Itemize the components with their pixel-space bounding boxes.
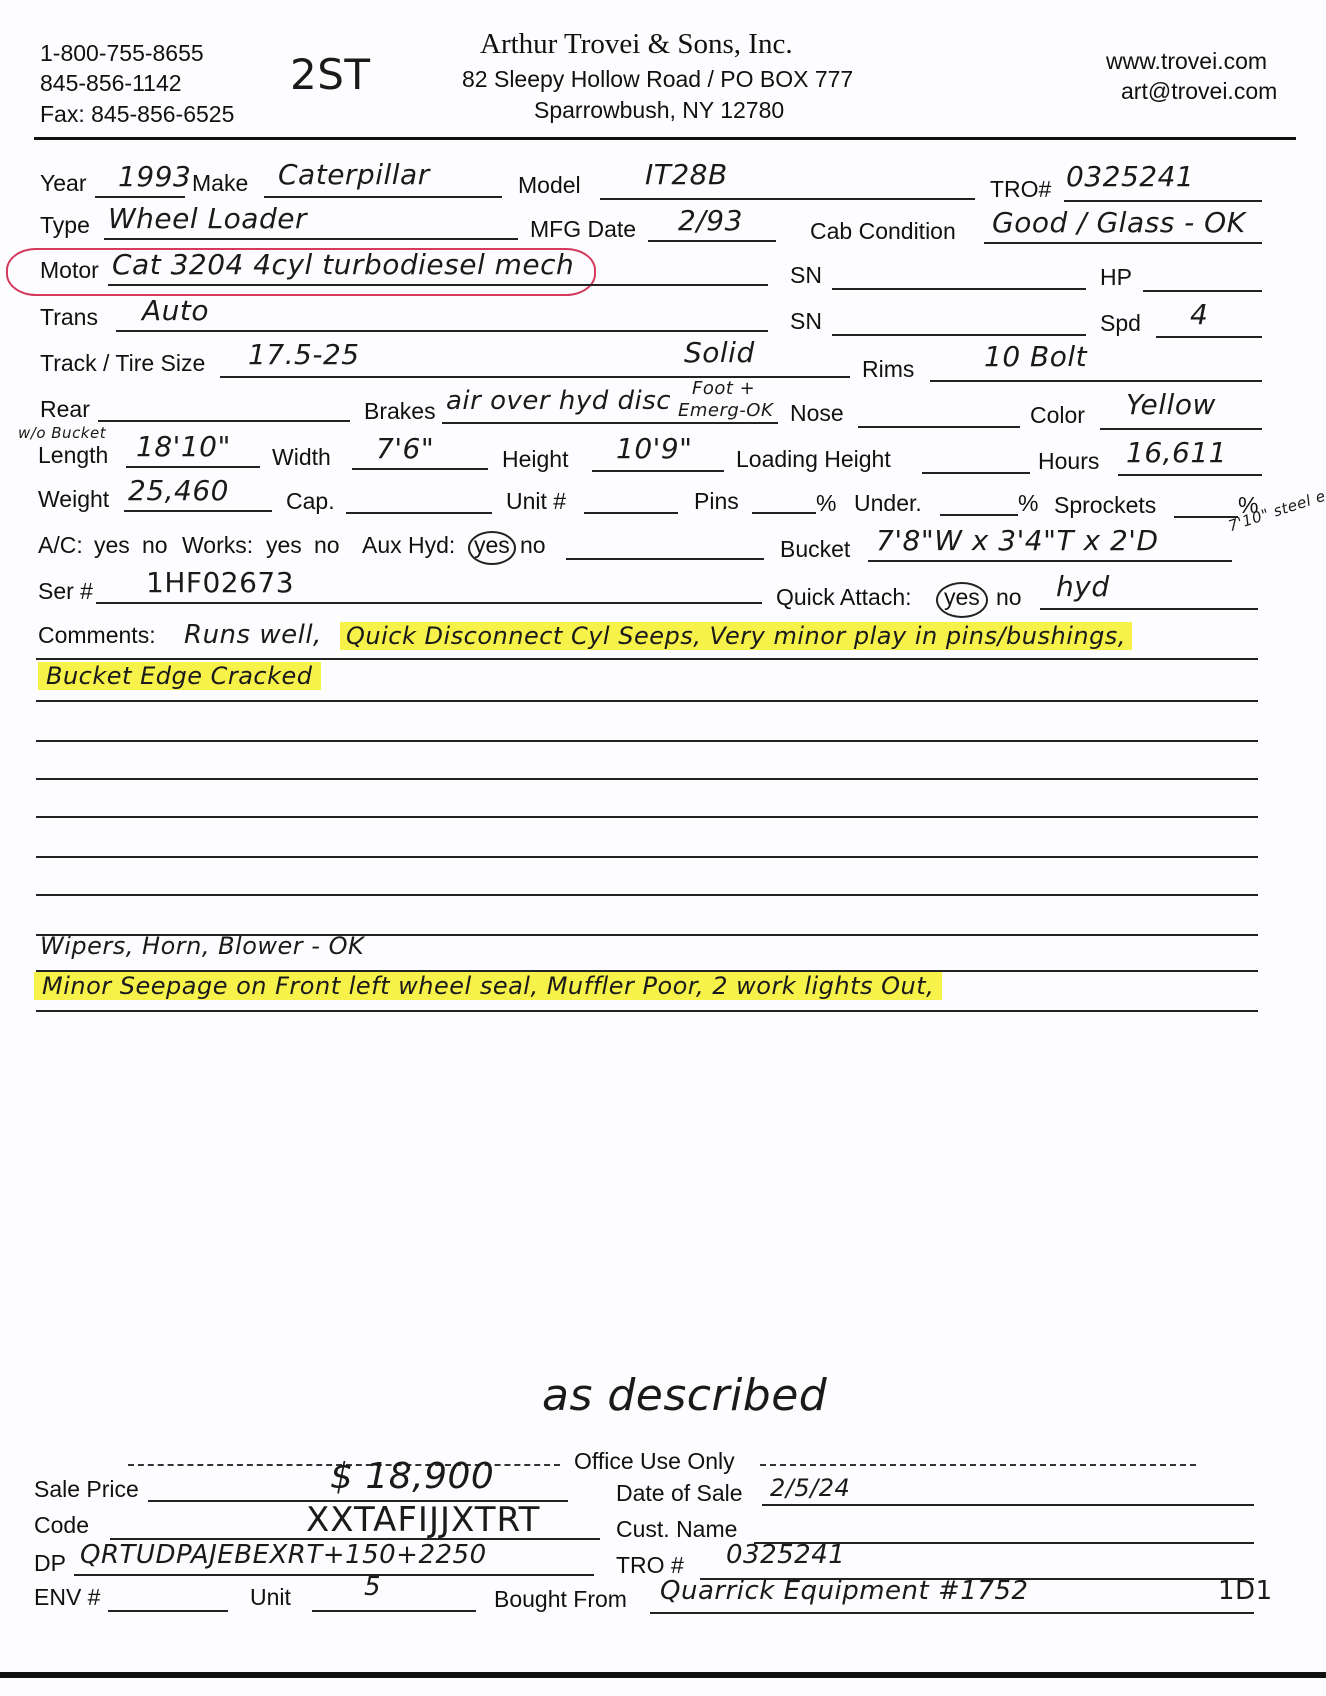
rims-field[interactable]: 10 Bolt <box>984 340 1087 373</box>
year-field[interactable]: 1993 <box>118 160 191 193</box>
code-label: Code <box>34 1512 89 1539</box>
type-label: Type <box>40 212 90 239</box>
tire-type-field[interactable]: Solid <box>684 336 755 369</box>
height-label: Height <box>502 446 568 473</box>
mfg-date-field[interactable]: 2/93 <box>678 204 743 237</box>
quick-attach-yes-circled <box>936 582 988 618</box>
bucket-label: Bucket <box>780 536 850 563</box>
pins-label: Pins <box>694 488 739 515</box>
hours-label: Hours <box>1038 448 1099 475</box>
works-no-option[interactable]: no <box>314 532 340 559</box>
quick-attach-type-field[interactable]: hyd <box>1056 570 1110 603</box>
office-divider-right <box>760 1464 1196 1466</box>
motor-label: Motor <box>40 257 99 284</box>
tire-size-field[interactable]: 17.5-25 <box>248 338 360 371</box>
aux-hyd-label: Aux Hyd: <box>362 532 455 559</box>
comment-line-9-plain[interactable]: Wipers, Horn, Blower - OK <box>40 932 364 960</box>
color-field[interactable]: Yellow <box>1126 388 1216 421</box>
phone-local: 845-856-1142 <box>40 70 182 97</box>
bought-from-label: Bought From <box>494 1586 627 1613</box>
office-tro-label: TRO # <box>616 1552 684 1579</box>
width-label: Width <box>272 444 331 471</box>
rear-label: Rear <box>40 396 90 423</box>
brakes-field[interactable]: air over hyd disc <box>446 386 671 416</box>
make-field[interactable]: Caterpillar <box>278 158 430 191</box>
cap-label: Cap. <box>286 488 335 515</box>
env-label: ENV # <box>34 1584 100 1611</box>
dp-field[interactable]: QRTUDPAJEBEXRT+150+2250 <box>80 1540 487 1570</box>
cab-condition-field[interactable]: Good / Glass - OK <box>992 206 1246 239</box>
sale-price-field[interactable]: $ 18,900 <box>330 1456 494 1497</box>
model-label: Model <box>518 172 581 199</box>
make-label: Make <box>192 170 248 197</box>
aux-hyd-no-option[interactable]: no <box>520 532 546 559</box>
as-described-note: as described <box>542 1370 827 1421</box>
length-label: Length <box>38 442 108 469</box>
unit-label: Unit # <box>506 488 566 515</box>
scan-edge <box>0 1672 1326 1678</box>
office-use-title: Office Use Only <box>574 1448 735 1475</box>
works-label: Works: <box>182 532 253 559</box>
sprockets-label: Sprockets <box>1054 492 1156 519</box>
trans-field[interactable]: Auto <box>142 294 209 327</box>
tro-field[interactable]: 0325241 <box>1066 160 1194 193</box>
brakes-note-bottom: Emerg-OK <box>678 400 773 421</box>
header-divider <box>34 137 1296 140</box>
tro-label: TRO# <box>990 176 1051 203</box>
under-label: Under. <box>854 490 922 517</box>
cab-condition-label: Cab Condition <box>810 218 956 245</box>
nose-label: Nose <box>790 400 844 427</box>
works-yes-option[interactable]: yes <box>266 532 302 559</box>
weight-field[interactable]: 25,460 <box>128 474 229 507</box>
spd-field[interactable]: 4 <box>1190 298 1208 331</box>
comment-line-2-highlight[interactable]: Bucket Edge Cracked <box>38 662 321 690</box>
length-field[interactable]: 18'10" <box>136 430 231 463</box>
quick-attach-no-option[interactable]: no <box>996 584 1022 611</box>
hp-label: HP <box>1100 264 1132 291</box>
company-address: 82 Sleepy Hollow Road / PO BOX 777 <box>462 66 853 93</box>
ac-label: A/C: <box>38 532 83 559</box>
company-city: Sparrowbush, NY 12780 <box>534 97 784 124</box>
office-unit-field[interactable]: 5 <box>364 1572 381 1602</box>
type-field[interactable]: Wheel Loader <box>108 202 307 235</box>
comment-line-1-plain[interactable]: Runs well, <box>184 620 322 650</box>
brakes-label: Brakes <box>364 398 436 425</box>
company-name: Arthur Trovei & Sons, Inc. <box>480 28 793 61</box>
trans-label: Trans <box>40 304 98 331</box>
hours-field[interactable]: 16,611 <box>1126 436 1227 469</box>
under-percent: % <box>1018 490 1038 517</box>
code-field[interactable]: XXTAFIJJXTRT <box>306 1500 540 1540</box>
pins-percent: % <box>816 490 836 517</box>
bought-from-note: 1D1 <box>1218 1576 1273 1606</box>
height-field[interactable]: 10'9" <box>616 432 693 465</box>
bucket-field[interactable]: 7'8"W x 3'4"T x 2'D <box>876 524 1159 557</box>
motor-sn-label: SN <box>790 262 822 289</box>
fax-number: Fax: 845-856-6525 <box>40 101 234 128</box>
spd-label: Spd <box>1100 310 1141 337</box>
length-note: w/o Bucket <box>18 424 106 442</box>
company-website[interactable]: www.trovei.com <box>1106 48 1267 75</box>
sale-price-label: Sale Price <box>34 1476 139 1503</box>
ac-no-option[interactable]: no <box>142 532 168 559</box>
loading-height-label: Loading Height <box>736 446 891 473</box>
ser-field[interactable]: 1HF02673 <box>146 566 294 599</box>
color-label: Color <box>1030 402 1085 429</box>
bought-from-field[interactable]: Quarrick Equipment #1752 <box>660 1576 1028 1606</box>
date-of-sale-label: Date of Sale <box>616 1480 743 1507</box>
weight-label: Weight <box>38 486 109 513</box>
office-unit-label: Unit <box>250 1584 291 1611</box>
year-label: Year <box>40 170 86 197</box>
office-tro-field[interactable]: 0325241 <box>726 1540 845 1570</box>
model-field[interactable]: IT28B <box>645 158 728 191</box>
cust-name-label: Cust. Name <box>616 1516 737 1543</box>
date-of-sale-field[interactable]: 2/5/24 <box>770 1474 850 1502</box>
dp-label: DP <box>34 1550 66 1577</box>
width-field[interactable]: 7'6" <box>376 432 434 465</box>
brakes-note-top: Foot + <box>692 378 755 399</box>
handwritten-code: 2ST <box>290 50 371 99</box>
rims-label: Rims <box>862 356 914 383</box>
comment-line-1-highlight[interactable]: Quick Disconnect Cyl Seeps, Very minor p… <box>340 622 1132 650</box>
aux-hyd-yes-circled <box>468 531 516 565</box>
company-email[interactable]: art@trovei.com <box>1121 78 1277 105</box>
comments-label: Comments: <box>38 622 156 649</box>
tire-size-label: Track / Tire Size <box>40 350 205 377</box>
quick-attach-label: Quick Attach: <box>776 584 912 611</box>
mfg-date-label: MFG Date <box>530 216 636 243</box>
trans-sn-label: SN <box>790 308 822 335</box>
phone-tollfree: 1-800-755-8655 <box>40 40 204 67</box>
ser-label: Ser # <box>38 578 93 605</box>
comment-line-10-highlight[interactable]: Minor Seepage on Front left wheel seal, … <box>34 972 942 1000</box>
motor-field[interactable]: Cat 3204 4cyl turbodiesel mech <box>112 248 574 281</box>
ac-yes-option[interactable]: yes <box>94 532 130 559</box>
